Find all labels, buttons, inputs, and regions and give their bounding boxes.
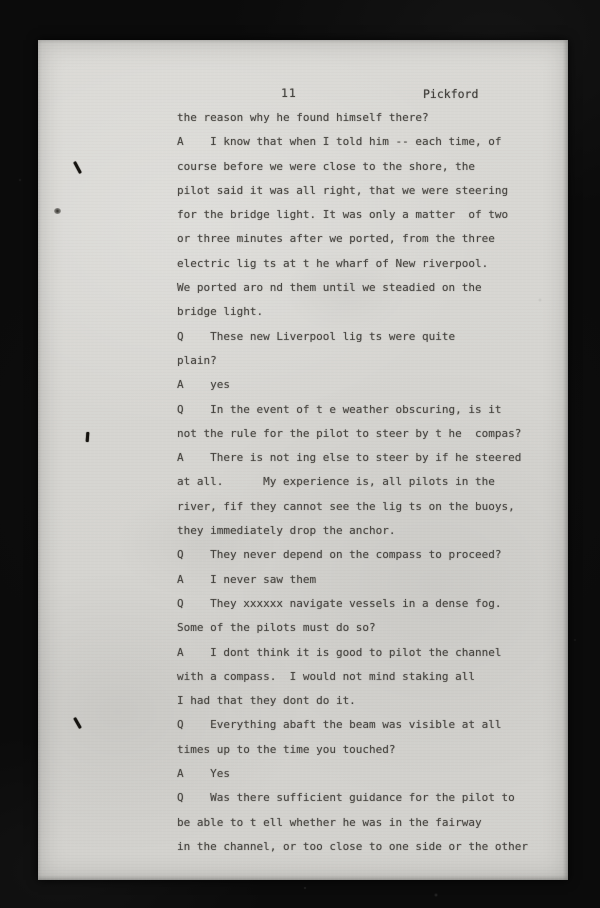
pen-mark-tick — [86, 432, 90, 442]
transcript-line: Q These new Liverpool lig ts were quite — [177, 325, 562, 349]
transcript-line: they immediately drop the anchor. — [177, 519, 562, 543]
transcript-line: electric lig ts at t he wharf of New riv… — [177, 252, 562, 276]
transcript-line: in the channel, or too close to one side… — [177, 835, 562, 859]
transcript-line: Q Was there sufficient guidance for the … — [177, 786, 562, 810]
pen-mark-slash-bottom — [73, 717, 82, 729]
transcript-line: Some of the pilots must do so? — [177, 616, 562, 640]
transcript-line: plain? — [177, 349, 562, 373]
witness-name: Pickford — [423, 87, 478, 101]
scanned-photo-background: 11 Pickford the reason why he found hims… — [0, 0, 600, 908]
transcript-text: the reason why he found himself there? A… — [177, 106, 562, 859]
transcript-line: bridge light. — [177, 300, 562, 324]
transcript-line: at all. My experience is, all pilots in … — [177, 470, 562, 494]
transcript-line: times up to the time you touched? — [177, 738, 562, 762]
transcript-line: A I dont think it is good to pilot the c… — [177, 641, 562, 665]
transcript-line: with a compass. I would not mind staking… — [177, 665, 562, 689]
transcript-line: river, fif they cannot see the lig ts on… — [177, 495, 562, 519]
transcript-line: or three minutes after we ported, from t… — [177, 227, 562, 251]
transcript-line: Q In the event of t e weather obscuring,… — [177, 398, 562, 422]
transcript-line: A I know that when I told him -- each ti… — [177, 130, 562, 154]
transcript-line: course before we were close to the shore… — [177, 155, 562, 179]
transcript-line: pilot said it was all right, that we wer… — [177, 179, 562, 203]
transcript-line: A I never saw them — [177, 568, 562, 592]
transcript-line: the reason why he found himself there? — [177, 106, 562, 130]
transcript-line: A yes — [177, 373, 562, 397]
transcript-line: Q Everything abaft the beam was visible … — [177, 713, 562, 737]
ink-smudge — [54, 208, 61, 214]
pen-mark-slash-top — [73, 161, 82, 174]
transcript-line: for the bridge light. It was only a matt… — [177, 203, 562, 227]
transcript-line: Q They xxxxxx navigate vessels in a dens… — [177, 592, 562, 616]
transcript-line: Q They never depend on the compass to pr… — [177, 543, 562, 567]
transcript-line: I had that they dont do it. — [177, 689, 562, 713]
transcript-line: A There is not ing else to steer by if h… — [177, 446, 562, 470]
transcript-line: We ported aro nd them until we steadied … — [177, 276, 562, 300]
transcript-line: A Yes — [177, 762, 562, 786]
page-number: 11 — [281, 86, 297, 100]
transcript-line: not the rule for the pilot to steer by t… — [177, 422, 562, 446]
transcript-line: be able to t ell whether he was in the f… — [177, 811, 562, 835]
transcript-page: 11 Pickford the reason why he found hims… — [38, 40, 568, 880]
